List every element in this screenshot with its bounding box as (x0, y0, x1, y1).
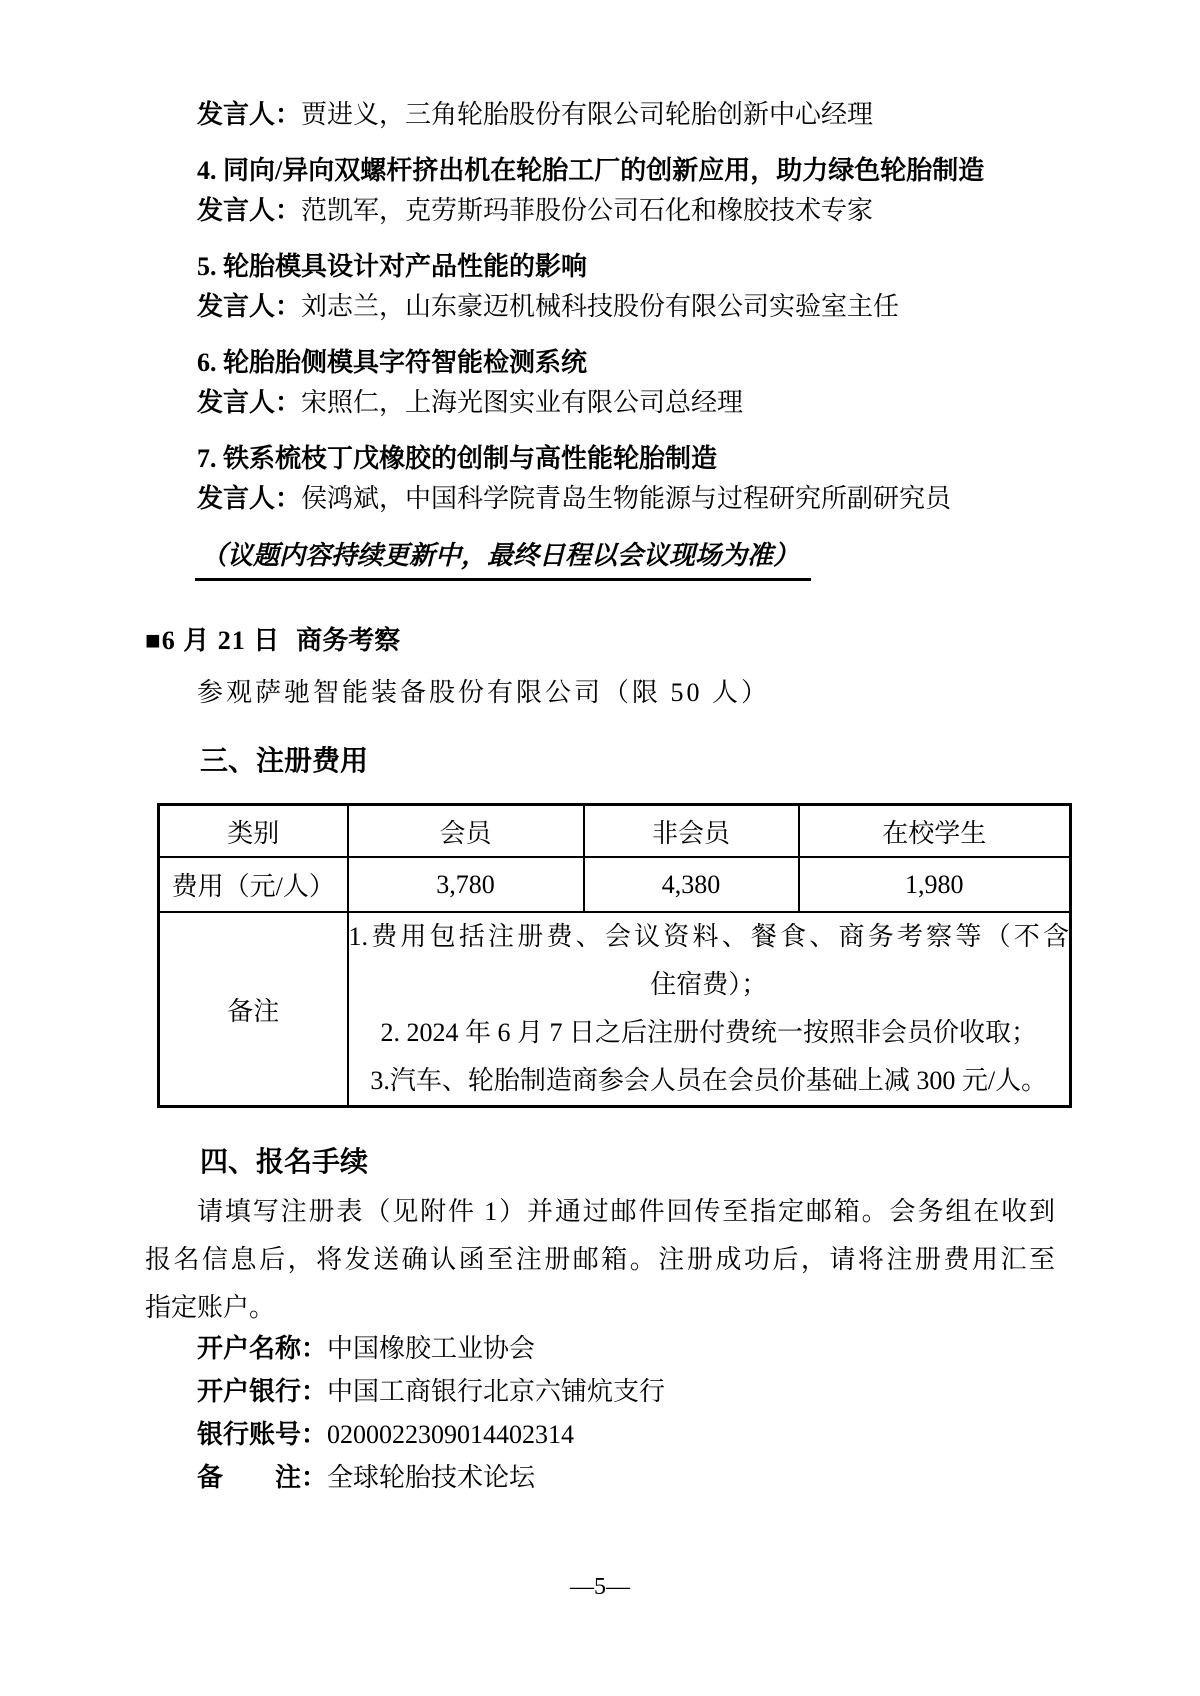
section-heading-registration-fee: 三、注册费用 (145, 741, 1055, 781)
bank-account-number-label: 银行账号： (197, 1420, 327, 1449)
registration-fee-table: 类别 会员 非会员 在校学生 费用（元/人） 3,780 4,380 1,980… (157, 803, 1072, 1108)
fee-table-header-nonmember: 非会员 (584, 805, 799, 858)
fee-table-header-student: 在校学生 (799, 805, 1071, 858)
speaker-label: 发言人： (197, 388, 301, 417)
speaker-line-item5: 发言人：刘志兰，山东豪迈机械科技股份有限公司实验室主任 (145, 290, 1055, 324)
fee-student-value: 1,980 (799, 857, 1071, 912)
bank-remark-label: 备 注： (197, 1463, 327, 1492)
fee-table-fee-row: 费用（元/人） 3,780 4,380 1,980 (159, 857, 1071, 912)
agenda-update-notice: （议题内容持续更新中，最终日程以会议现场为准） (195, 539, 811, 581)
agenda-item-title-6: 6. 轮胎胎侧模具字符智能检测系统 (145, 346, 1055, 380)
business-tour-date: ■6 月 21 日 (145, 626, 280, 655)
business-tour-detail: 参观萨驰智能装备股份有限公司（限 50 人） (145, 676, 1055, 710)
bank-account-name-label: 开户名称： (197, 1334, 327, 1363)
fee-table-header-category: 类别 (159, 805, 348, 858)
speaker-line-item6: 发言人：宋照仁，上海光图实业有限公司总经理 (145, 386, 1055, 420)
speaker-label: 发言人： (197, 100, 301, 129)
fee-table-remark-row: 备注 1.费用包括注册费、会议资料、餐食、商务考察等（不含 住宿费）； 2. 2… (159, 912, 1071, 1107)
speaker-value: 宋照仁，上海光图实业有限公司总经理 (301, 388, 743, 417)
speaker-value: 范凯军，克劳斯玛菲股份公司石化和橡胶技术专家 (301, 196, 873, 225)
remark-content-cell: 1.费用包括注册费、会议资料、餐食、商务考察等（不含 住宿费）； 2. 2024… (348, 912, 1071, 1107)
signup-paragraph: 请填写注册表（见附件 1）并通过邮件回传至指定邮箱。会务组在收到 报名信息后，将… (145, 1188, 1055, 1332)
bank-remark-line: 备 注：全球轮胎技术论坛 (145, 1461, 1055, 1495)
bank-name-label: 开户银行： (197, 1377, 327, 1406)
speaker-label: 发言人： (197, 484, 301, 513)
agenda-update-notice-line: （议题内容持续更新中，最终日程以会议现场为准） (145, 539, 1055, 581)
signup-paragraph-line-1: 请填写注册表（见附件 1）并通过邮件回传至指定邮箱。会务组在收到 (145, 1188, 1055, 1236)
document-page: 发言人：贾进义，三角轮胎股份有限公司轮胎创新中心经理 4. 同向/异向双螺杆挤出… (0, 0, 1200, 1696)
speaker-value: 侯鸿斌，中国科学院青岛生物能源与过程研究所副研究员 (301, 484, 951, 513)
bank-remark-value: 全球轮胎技术论坛 (327, 1463, 535, 1492)
signup-paragraph-line-2: 报名信息后，将发送确认函至注册邮箱。注册成功后，请将注册费用汇至 (145, 1236, 1055, 1284)
business-tour-heading: ■6 月 21 日商务考察 (145, 623, 1055, 658)
speaker-value: 刘志兰，山东豪迈机械科技股份有限公司实验室主任 (301, 292, 899, 321)
remark-line-3: 2. 2024 年 6 月 7 日之后注册付费统一按照非会员价收取； (349, 1009, 1070, 1057)
fee-table-header-member: 会员 (348, 805, 584, 858)
bank-name-line: 开户银行：中国工商银行北京六铺炕支行 (145, 1375, 1055, 1409)
bank-account-name-value: 中国橡胶工业协会 (327, 1334, 535, 1363)
fee-table-header-row: 类别 会员 非会员 在校学生 (159, 805, 1071, 858)
remark-line-4: 3.汽车、轮胎制造商参会人员在会员价基础上减 300 元/人。 (349, 1057, 1070, 1105)
fee-nonmember-value: 4,380 (584, 857, 799, 912)
page-number: —5— (0, 1572, 1200, 1602)
section-heading-signup: 四、报名手续 (145, 1142, 1055, 1182)
business-tour-title: 商务考察 (296, 625, 400, 655)
signup-paragraph-line-3: 指定账户。 (145, 1284, 1055, 1332)
speaker-line-item3: 发言人：贾进义，三角轮胎股份有限公司轮胎创新中心经理 (145, 98, 1055, 132)
document-content: 发言人：贾进义，三角轮胎股份有限公司轮胎创新中心经理 4. 同向/异向双螺杆挤出… (0, 0, 1200, 1495)
fee-member-value: 3,780 (348, 857, 584, 912)
speaker-label: 发言人： (197, 292, 301, 321)
bank-account-number-line: 银行账号：0200022309014402314 (145, 1418, 1055, 1452)
agenda-item-title-5: 5. 轮胎模具设计对产品性能的影响 (145, 250, 1055, 284)
speaker-value: 贾进义，三角轮胎股份有限公司轮胎创新中心经理 (301, 100, 873, 129)
bank-account-number-value: 0200022309014402314 (327, 1420, 574, 1449)
speaker-line-item7: 发言人：侯鸿斌，中国科学院青岛生物能源与过程研究所副研究员 (145, 482, 1055, 516)
remark-line-1: 1.费用包括注册费、会议资料、餐食、商务考察等（不含 (349, 913, 1070, 961)
speaker-label: 发言人： (197, 196, 301, 225)
remark-line-2: 住宿费）； (349, 961, 1070, 1009)
agenda-item-title-4: 4. 同向/异向双螺杆挤出机在轮胎工厂的创新应用，助力绿色轮胎制造 (145, 154, 1055, 188)
remark-label-cell: 备注 (159, 912, 348, 1107)
agenda-item-title-7: 7. 铁系梳枝丁戊橡胶的创制与高性能轮胎制造 (145, 442, 1055, 476)
bank-account-name-line: 开户名称：中国橡胶工业协会 (145, 1332, 1055, 1366)
bank-name-value: 中国工商银行北京六铺炕支行 (327, 1377, 665, 1406)
fee-row-label: 费用（元/人） (159, 857, 348, 912)
speaker-line-item4: 发言人：范凯军，克劳斯玛菲股份公司石化和橡胶技术专家 (145, 194, 1055, 228)
